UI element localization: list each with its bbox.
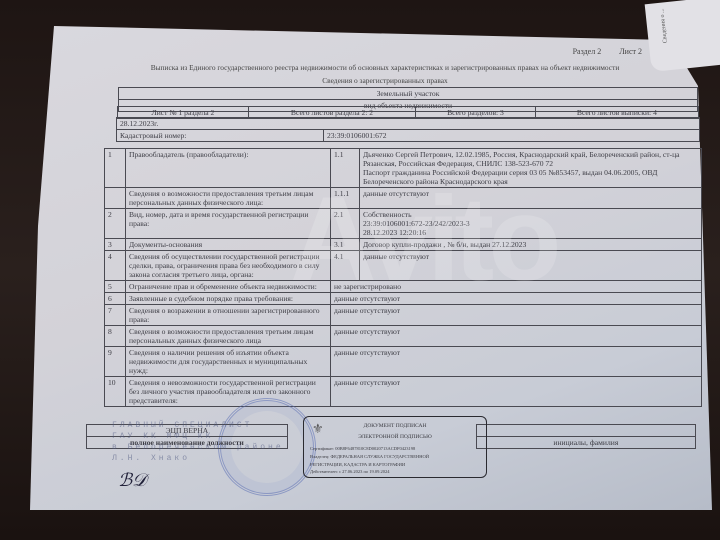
- row-value: данные отсутствуют: [331, 326, 702, 347]
- table-row: 1Правообладатель (правообладатели):1.1Дь…: [105, 149, 702, 188]
- row-subnumber: 3.1: [331, 239, 360, 251]
- e-sign-line2: ЭЛЕКТРОННОЙ ПОДПИСЬЮ: [304, 434, 486, 440]
- row-number: 2: [105, 209, 126, 239]
- handwritten-signature: ℬ𝒟: [118, 470, 147, 491]
- row-label: Ограничение прав и обременение объекта н…: [126, 281, 331, 293]
- document-date: 28.12.2023г.: [117, 118, 700, 130]
- row-number: 4: [105, 251, 126, 281]
- table-row: 9Сведения о наличии решения об изъятии о…: [105, 347, 702, 377]
- cadastral-label: Кадастровый номер:: [117, 130, 324, 142]
- stamp-line: Л.Н. Хнако: [112, 453, 284, 464]
- table-row: 8Сведения о возможности предоставления т…: [105, 326, 702, 347]
- row-number: [105, 188, 126, 209]
- row-value: данные отсутствуют: [331, 305, 702, 326]
- row-value: данные отсутствуют: [360, 251, 702, 281]
- page-header: Раздел 2 Лист 2: [557, 47, 642, 56]
- name-caption: инициалы, фамилия: [476, 437, 695, 449]
- e-sign-owner1: Владелец: ФЕДЕРАЛЬНАЯ СЛУЖБА ГОСУДАРСТВЕ…: [310, 454, 429, 459]
- row-value: данные отсутствуют: [331, 377, 702, 407]
- table-row: 3Документы-основания3.1Договор купли-про…: [105, 239, 702, 251]
- row-label: Сведения о возможности предоставления тр…: [126, 326, 331, 347]
- name-value: [476, 425, 695, 437]
- row-label: Сведения о невозможности государственной…: [126, 377, 331, 407]
- row-subnumber: 4.1: [331, 251, 360, 281]
- row-number: 1: [105, 149, 126, 188]
- row-value: данные отсутствуют: [331, 293, 702, 305]
- object-type: Земельный участок: [119, 88, 698, 100]
- row-label: Правообладатель (правообладатели):: [126, 149, 331, 188]
- table-row: 5Ограничение прав и обременение объекта …: [105, 281, 702, 293]
- e-sign-valid: Действителен: с 27.06.2023 по 19.09.2024: [310, 469, 390, 474]
- row-number: 10: [105, 377, 126, 407]
- cadastral-number: 23:39:0106001:672: [324, 130, 700, 142]
- document-subtitle: Сведения о зарегистрированных правах: [110, 76, 660, 85]
- row-value: данные отсутствуют: [331, 347, 702, 377]
- stamp-line: в Белореченском районе: [112, 442, 284, 453]
- row-label: Сведения о возможности предоставления тр…: [126, 188, 331, 209]
- electronic-signature-block: ⚜ ДОКУМЕНТ ПОДПИСАН ЭЛЕКТРОННОЙ ПОДПИСЬЮ…: [303, 416, 487, 478]
- table-row: 7Сведения о возражении в отношении зарег…: [105, 305, 702, 326]
- stamp-line: ГЛАВНЫЙ СПЕЦИАЛИСТ: [112, 420, 284, 431]
- rights-table: 1Правообладатель (правообладатели):1.1Дь…: [104, 148, 702, 407]
- section-label: Раздел 2: [573, 47, 602, 56]
- row-number: 3: [105, 239, 126, 251]
- row-value: Дьяченко Сергей Петрович, 12.02.1985, Ро…: [360, 149, 702, 188]
- document-title: Выписка из Единого государственного реес…: [110, 63, 660, 72]
- row-number: 9: [105, 347, 126, 377]
- e-sign-cert: Сертификат: 00B8F6487810C8D0020713ACDF04…: [310, 446, 415, 451]
- row-label: Заявленные в судебном порядке права треб…: [126, 293, 331, 305]
- row-number: 5: [105, 281, 126, 293]
- row-number: 8: [105, 326, 126, 347]
- stamp-line: ГАУ КК МФЦ КК: [112, 431, 284, 442]
- row-value: данные отсутствуют: [360, 188, 702, 209]
- row-label: Сведения о возражении в отношении зареги…: [126, 305, 331, 326]
- row-label: Сведения о наличии решения об изъятии об…: [126, 347, 331, 377]
- table-row: 4Сведения об осуществлении государственн…: [105, 251, 702, 281]
- row-subnumber: 1.1: [331, 149, 360, 188]
- row-value: Собственность 23:39:0106001:672-23/242/2…: [360, 209, 702, 239]
- adjacent-page-corner: Сведения о ...: [645, 0, 720, 72]
- row-label: Сведения об осуществлении государственно…: [126, 251, 331, 281]
- row-value: не зарегистрировано: [331, 281, 702, 293]
- row-subnumber: 1.1.1: [331, 188, 360, 209]
- table-row: 2Вид, номер, дата и время государственно…: [105, 209, 702, 239]
- date-cadastral-table: 28.12.2023г. Кадастровый номер: 23:39:01…: [116, 117, 700, 142]
- row-value: Договор купли-продажи , № б/н, выдан 27.…: [360, 239, 702, 251]
- sheet-label: Лист 2: [619, 47, 642, 56]
- table-row: 10Сведения о невозможности государственн…: [105, 377, 702, 407]
- e-sign-line1: ДОКУМЕНТ ПОДПИСАН: [304, 423, 486, 429]
- row-subnumber: 2.1: [331, 209, 360, 239]
- row-number: 6: [105, 293, 126, 305]
- specialist-stamp: ГЛАВНЫЙ СПЕЦИАЛИСТ ГАУ КК МФЦ КК в Белор…: [112, 420, 284, 464]
- table-row: 6Заявленные в судебном порядке права тре…: [105, 293, 702, 305]
- table-row: Сведения о возможности предоставления тр…: [105, 188, 702, 209]
- row-label: Документы-основания: [126, 239, 331, 251]
- row-number: 7: [105, 305, 126, 326]
- row-label: Вид, номер, дата и время государственной…: [126, 209, 331, 239]
- e-sign-owner2: РЕГИСТРАЦИИ, КАДАСТРА И КАРТОГРАФИИ: [310, 462, 405, 467]
